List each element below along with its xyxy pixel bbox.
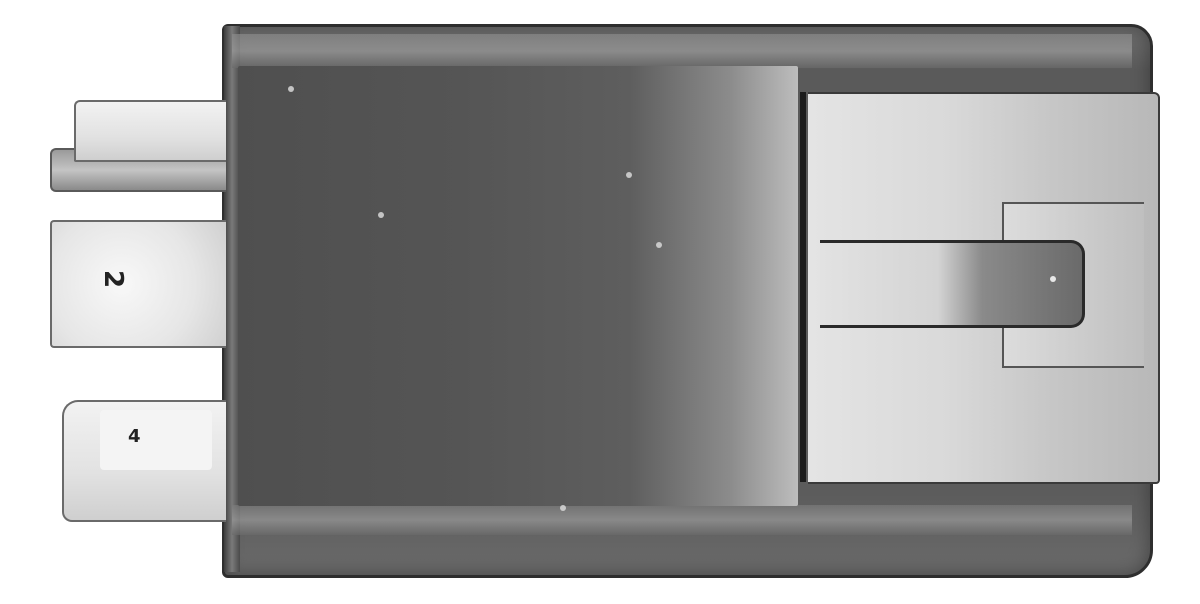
surface-speck: [656, 242, 662, 248]
surface-speck: [288, 86, 294, 92]
pin-marking-4: 4: [128, 428, 141, 446]
terminal-top: [74, 100, 226, 162]
surface-speck: [378, 212, 384, 218]
housing-bottom-rim: [232, 505, 1132, 535]
surface-speck: [626, 172, 632, 178]
tab-hole: [1050, 276, 1056, 282]
mounting-tab: [820, 240, 1085, 328]
cover-divider: [800, 92, 806, 482]
relay-photo: 2 4: [0, 0, 1200, 604]
pin-marking-2: 2: [100, 270, 126, 288]
surface-speck: [560, 505, 566, 511]
terminal-bottom-face: [100, 410, 212, 470]
terminal-middle: [50, 220, 226, 348]
housing-top-rim: [232, 34, 1132, 68]
relay-cover-face: [238, 66, 798, 506]
